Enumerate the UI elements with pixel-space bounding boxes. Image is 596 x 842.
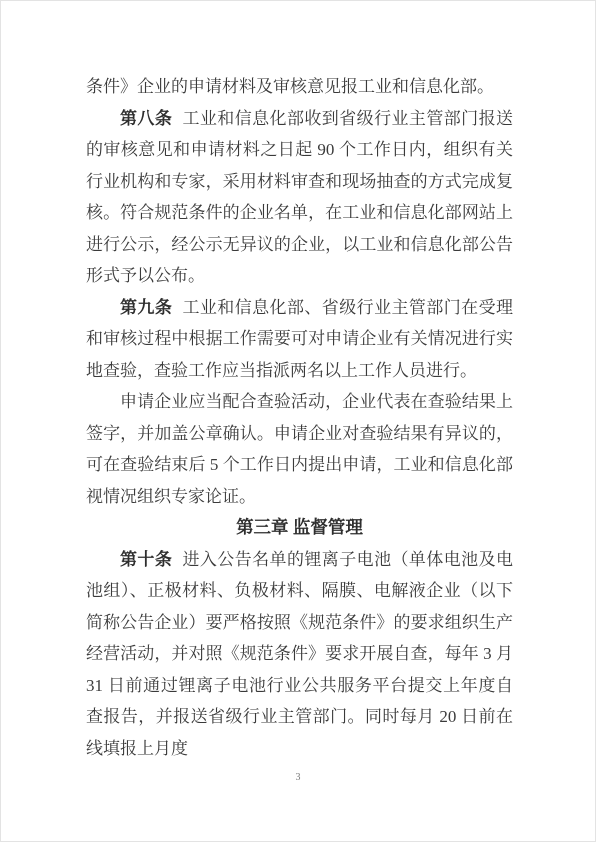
page-number: 3 <box>1 772 595 783</box>
article-number: 第十条 <box>120 550 172 569</box>
article-9-paragraph: 第九条工业和信息化部、省级行业主管部门在受理和审核过程中根据工作需要可对申请企业… <box>86 292 513 387</box>
paragraph-text: 进入公告名单的锂离子电池（单体电池及电池组）、正极材料、负极材料、隔膜、电解液企… <box>86 550 513 758</box>
inspection-cooperation-paragraph: 申请企业应当配合查验活动，企业代表在查验结果上签字，并加盖公章确认。申请企业对查… <box>86 386 513 512</box>
article-number: 第九条 <box>120 298 172 317</box>
paragraph-text: 条件》企业的申请材料及审核意见报工业和信息化部。 <box>86 77 494 96</box>
article-8-paragraph: 第八条工业和信息化部收到省级行业主管部门报送的审核意见和申请材料之日起 90 个… <box>86 103 513 292</box>
chapter-heading: 第三章 监督管理 <box>86 512 513 544</box>
article-10-paragraph: 第十条进入公告名单的锂离子电池（单体电池及电池组）、正极材料、负极材料、隔膜、电… <box>86 544 513 765</box>
paragraph-text: 工业和信息化部收到省级行业主管部门报送的审核意见和申请材料之日起 90 个工作日… <box>86 109 513 286</box>
paragraph-continuation: 条件》企业的申请材料及审核意见报工业和信息化部。 <box>86 71 513 103</box>
document-page: 条件》企业的申请材料及审核意见报工业和信息化部。 第八条工业和信息化部收到省级行… <box>0 0 596 842</box>
article-number: 第八条 <box>120 109 172 128</box>
paragraph-text: 申请企业应当配合查验活动，企业代表在查验结果上签字，并加盖公章确认。申请企业对查… <box>86 392 513 506</box>
document-body: 条件》企业的申请材料及审核意见报工业和信息化部。 第八条工业和信息化部收到省级行… <box>86 71 513 764</box>
